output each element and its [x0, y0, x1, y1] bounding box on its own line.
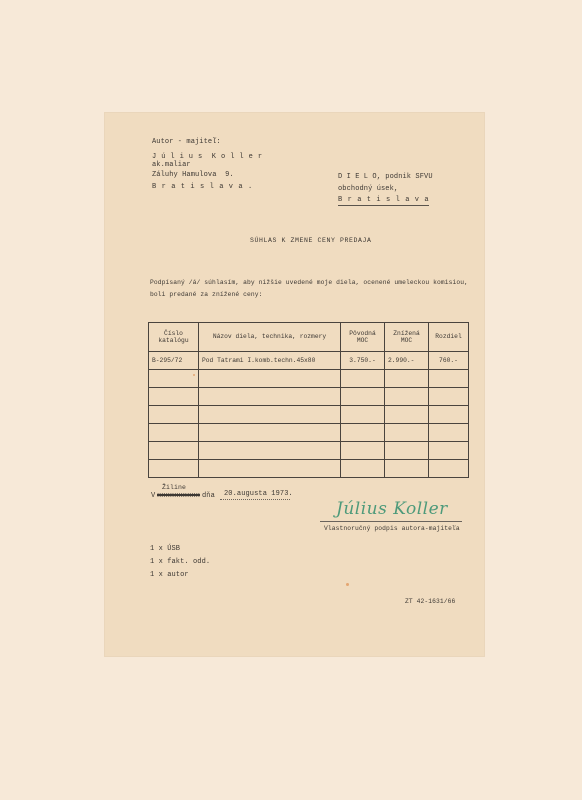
cell-original-price: 3.750.- [341, 352, 385, 370]
header-original-price: Pôvodná MOC [341, 323, 385, 352]
cell [429, 460, 469, 478]
paper-stain [193, 374, 195, 376]
table-row: B-295/72 Pod Tatrami I.komb.techn.45x80 … [149, 352, 469, 370]
table-row [149, 460, 469, 478]
cell [341, 424, 385, 442]
sender-label: Autor - majiteľ: [152, 138, 221, 146]
table-row [149, 424, 469, 442]
recipient-line3: B r a t i s l a v a [338, 196, 429, 206]
cell [149, 442, 199, 460]
cell [149, 406, 199, 424]
handwritten-signature: Július Koller [336, 500, 448, 518]
cell [149, 388, 199, 406]
sender-city: B r a t i s l a v a . [152, 183, 253, 191]
signature-caption: Vlastnoručný podpis autora-majiteľa [324, 525, 460, 533]
cell [199, 424, 341, 442]
place-prefix: V [151, 492, 155, 500]
header-difference: Rozdiel [429, 323, 469, 352]
recipient-line1: D I E L O, podnik SFVU [338, 173, 433, 181]
cell [149, 460, 199, 478]
cell [385, 406, 429, 424]
date-underline [220, 499, 290, 500]
sender-title: ak.maliar [152, 161, 191, 169]
body-line2: boli predané za znížené ceny: [150, 291, 262, 299]
body-line1: Podpísaný /á/ súhlasím, aby nižšie uvede… [150, 279, 468, 287]
cell [385, 442, 429, 460]
cell [429, 442, 469, 460]
distribution-item: 1 x ÚSB [150, 545, 180, 553]
struck-place: xxxxxxxxxx [157, 492, 200, 500]
signature-line [320, 521, 462, 522]
cell [149, 370, 199, 388]
cell [385, 460, 429, 478]
cell [199, 388, 341, 406]
table-row [149, 442, 469, 460]
table-row [149, 388, 469, 406]
table-header-row: Číslo katalógu Názov diela, technika, ro… [149, 323, 469, 352]
date-dna: dňa [202, 492, 215, 500]
cell [385, 424, 429, 442]
distribution-item: 1 x fakt. odd. [150, 558, 210, 566]
recipient-line2: obchodný úsek, [338, 185, 398, 193]
cell [341, 388, 385, 406]
header-reduced-price: Znížená MOC [385, 323, 429, 352]
cell [149, 424, 199, 442]
place-handwritten: Žiline [162, 484, 186, 492]
header-catalog-number: Číslo katalógu [149, 323, 199, 352]
cell [199, 370, 341, 388]
table-row [149, 406, 469, 424]
cell [341, 442, 385, 460]
cell [429, 388, 469, 406]
cell [199, 406, 341, 424]
paper-stain [346, 583, 349, 586]
cell [385, 370, 429, 388]
cell [199, 460, 341, 478]
cell [385, 388, 429, 406]
cell [199, 442, 341, 460]
document-title: SÚHLAS K ZMENE CENY PREDAJA [250, 237, 372, 245]
sender-street: Záluhy Hamulova 9. [152, 171, 234, 179]
cell [341, 460, 385, 478]
price-change-table: Číslo katalógu Názov diela, technika, ro… [148, 322, 469, 478]
table-row [149, 370, 469, 388]
date-value: 20.augusta 1973. [224, 490, 293, 498]
cell-reduced-price: 2.990.- [385, 352, 429, 370]
cell-work-title: Pod Tatrami I.komb.techn.45x80 [199, 352, 341, 370]
sender-name: J ú l i u s K o l l e r [152, 153, 262, 161]
cell [341, 370, 385, 388]
form-code: ZT 42-1631/66 [405, 598, 455, 606]
cell [429, 370, 469, 388]
cell [429, 406, 469, 424]
cell-catalog-number: B-295/72 [149, 352, 199, 370]
cell-difference: 760.- [429, 352, 469, 370]
cell [429, 424, 469, 442]
cell [341, 406, 385, 424]
header-work-title: Názov diela, technika, rozmery [199, 323, 341, 352]
distribution-item: 1 x autor [150, 571, 189, 579]
